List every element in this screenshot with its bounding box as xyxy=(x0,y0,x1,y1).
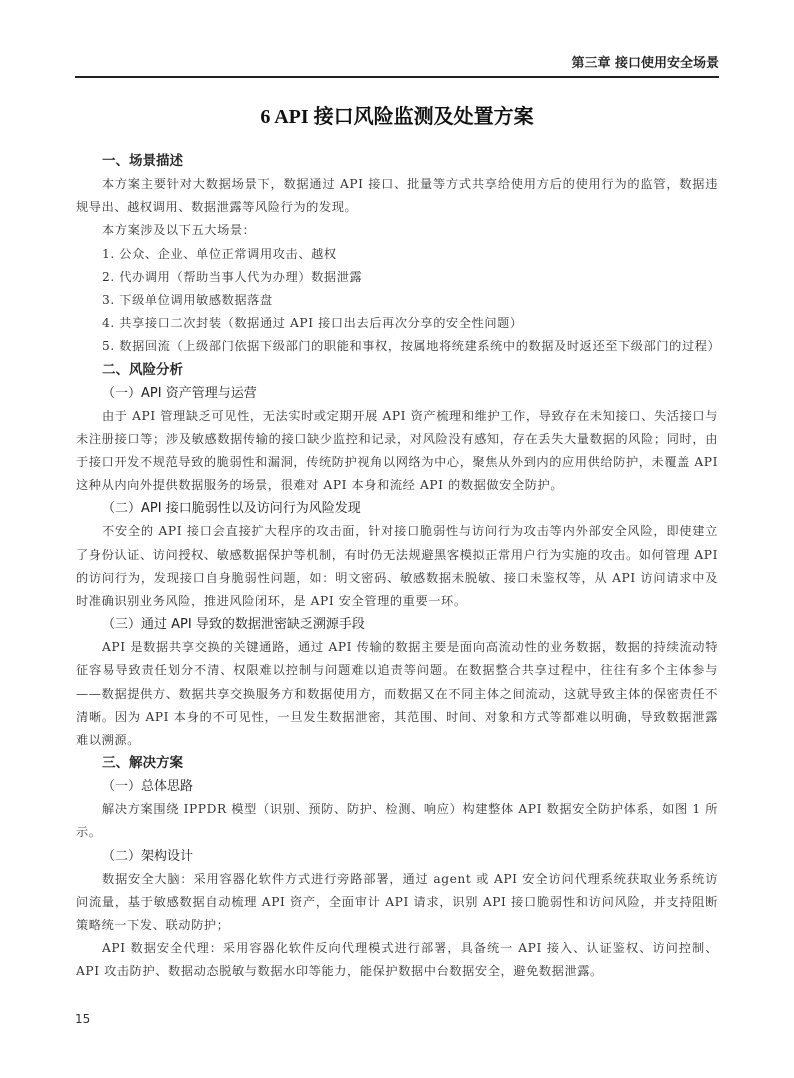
subsection-heading: （二）API 接口脆弱性以及访问行为风险发现 xyxy=(76,497,718,520)
subsection-heading: （一）API 资产管理与运营 xyxy=(76,382,718,405)
paragraph: 由于 API 管理缺乏可见性，无法实时或定期开展 API 资产梳理和维护工作，导… xyxy=(76,405,718,498)
list-item: 1. 公众、企业、单位正常调用攻击、越权 xyxy=(76,243,718,266)
section-heading-scenario: 一、场景描述 xyxy=(76,150,718,173)
paragraph: 不安全的 API 接口会直接扩大程序的攻击面，针对接口脆弱性与访问行为攻击等内外… xyxy=(76,520,718,613)
list-item: 4. 共享接口二次封装（数据通过 API 接口出去后再次分享的安全性问题） xyxy=(76,312,718,335)
running-header: 第三章 接口使用安全场景 xyxy=(75,55,719,78)
paragraph: 本方案涉及以下五大场景： xyxy=(76,219,718,242)
page-title: 6 API 接口风险监测及处置方案 xyxy=(0,104,794,130)
section-heading-solution: 三、解决方案 xyxy=(76,752,718,775)
paragraph: API 是数据共享交换的关键通路，通过 API 传输的数据主要是面向高流动性的业… xyxy=(76,636,718,752)
subsection-heading: （三）通过 API 导致的数据泄密缺乏溯源手段 xyxy=(76,613,718,636)
paragraph: 数据安全大脑：采用容器化软件方式进行旁路部署，通过 agent 或 API 安全… xyxy=(76,868,718,938)
paragraph: 本方案主要针对大数据场景下，数据通过 API 接口、批量等方式共享给使用方后的使… xyxy=(76,173,718,219)
document-body: 一、场景描述 本方案主要针对大数据场景下，数据通过 API 接口、批量等方式共享… xyxy=(76,150,718,984)
paragraph: API 数据安全代理：采用容器化软件反向代理模式进行部署，具备统一 API 接入… xyxy=(76,937,718,983)
page-number: 15 xyxy=(75,1012,90,1026)
list-item: 2. 代办调用（帮助当事人代为办理）数据泄露 xyxy=(76,266,718,289)
section-heading-risk: 二、风险分析 xyxy=(76,359,718,382)
list-item: 5. 数据回流（上级部门依据下级部门的职能和事权，按属地将统建系统中的数据及时返… xyxy=(76,335,718,358)
list-item: 3. 下级单位调用敏感数据落盘 xyxy=(76,289,718,312)
paragraph: 解决方案围绕 IPPDR 模型（识别、预防、防护、检测、响应）构建整体 API … xyxy=(76,798,718,844)
subsection-heading: （二）架构设计 xyxy=(76,845,718,868)
subsection-heading: （一）总体思路 xyxy=(76,775,718,798)
